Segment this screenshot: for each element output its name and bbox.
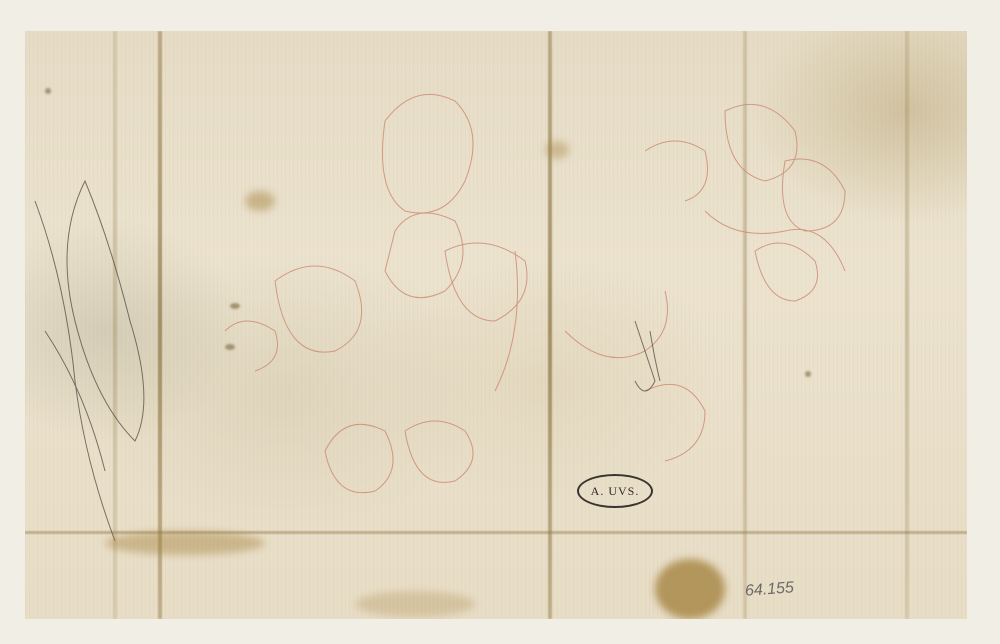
paper-sheet: A. UVS. 64.155 G bbox=[25, 31, 967, 619]
inventory-number: 64.155 bbox=[744, 579, 794, 600]
water-stain bbox=[245, 191, 275, 211]
water-stain bbox=[105, 531, 265, 555]
ink-speck bbox=[45, 88, 51, 94]
collector-stamp: A. UVS. bbox=[577, 474, 653, 508]
water-stain bbox=[545, 141, 569, 159]
ink-speck bbox=[230, 303, 240, 309]
water-stain bbox=[355, 591, 475, 617]
water-stain bbox=[655, 559, 725, 619]
ink-speck bbox=[805, 371, 811, 377]
collector-stamp-text: A. UVS. bbox=[591, 484, 640, 499]
ink-speck bbox=[225, 344, 235, 350]
